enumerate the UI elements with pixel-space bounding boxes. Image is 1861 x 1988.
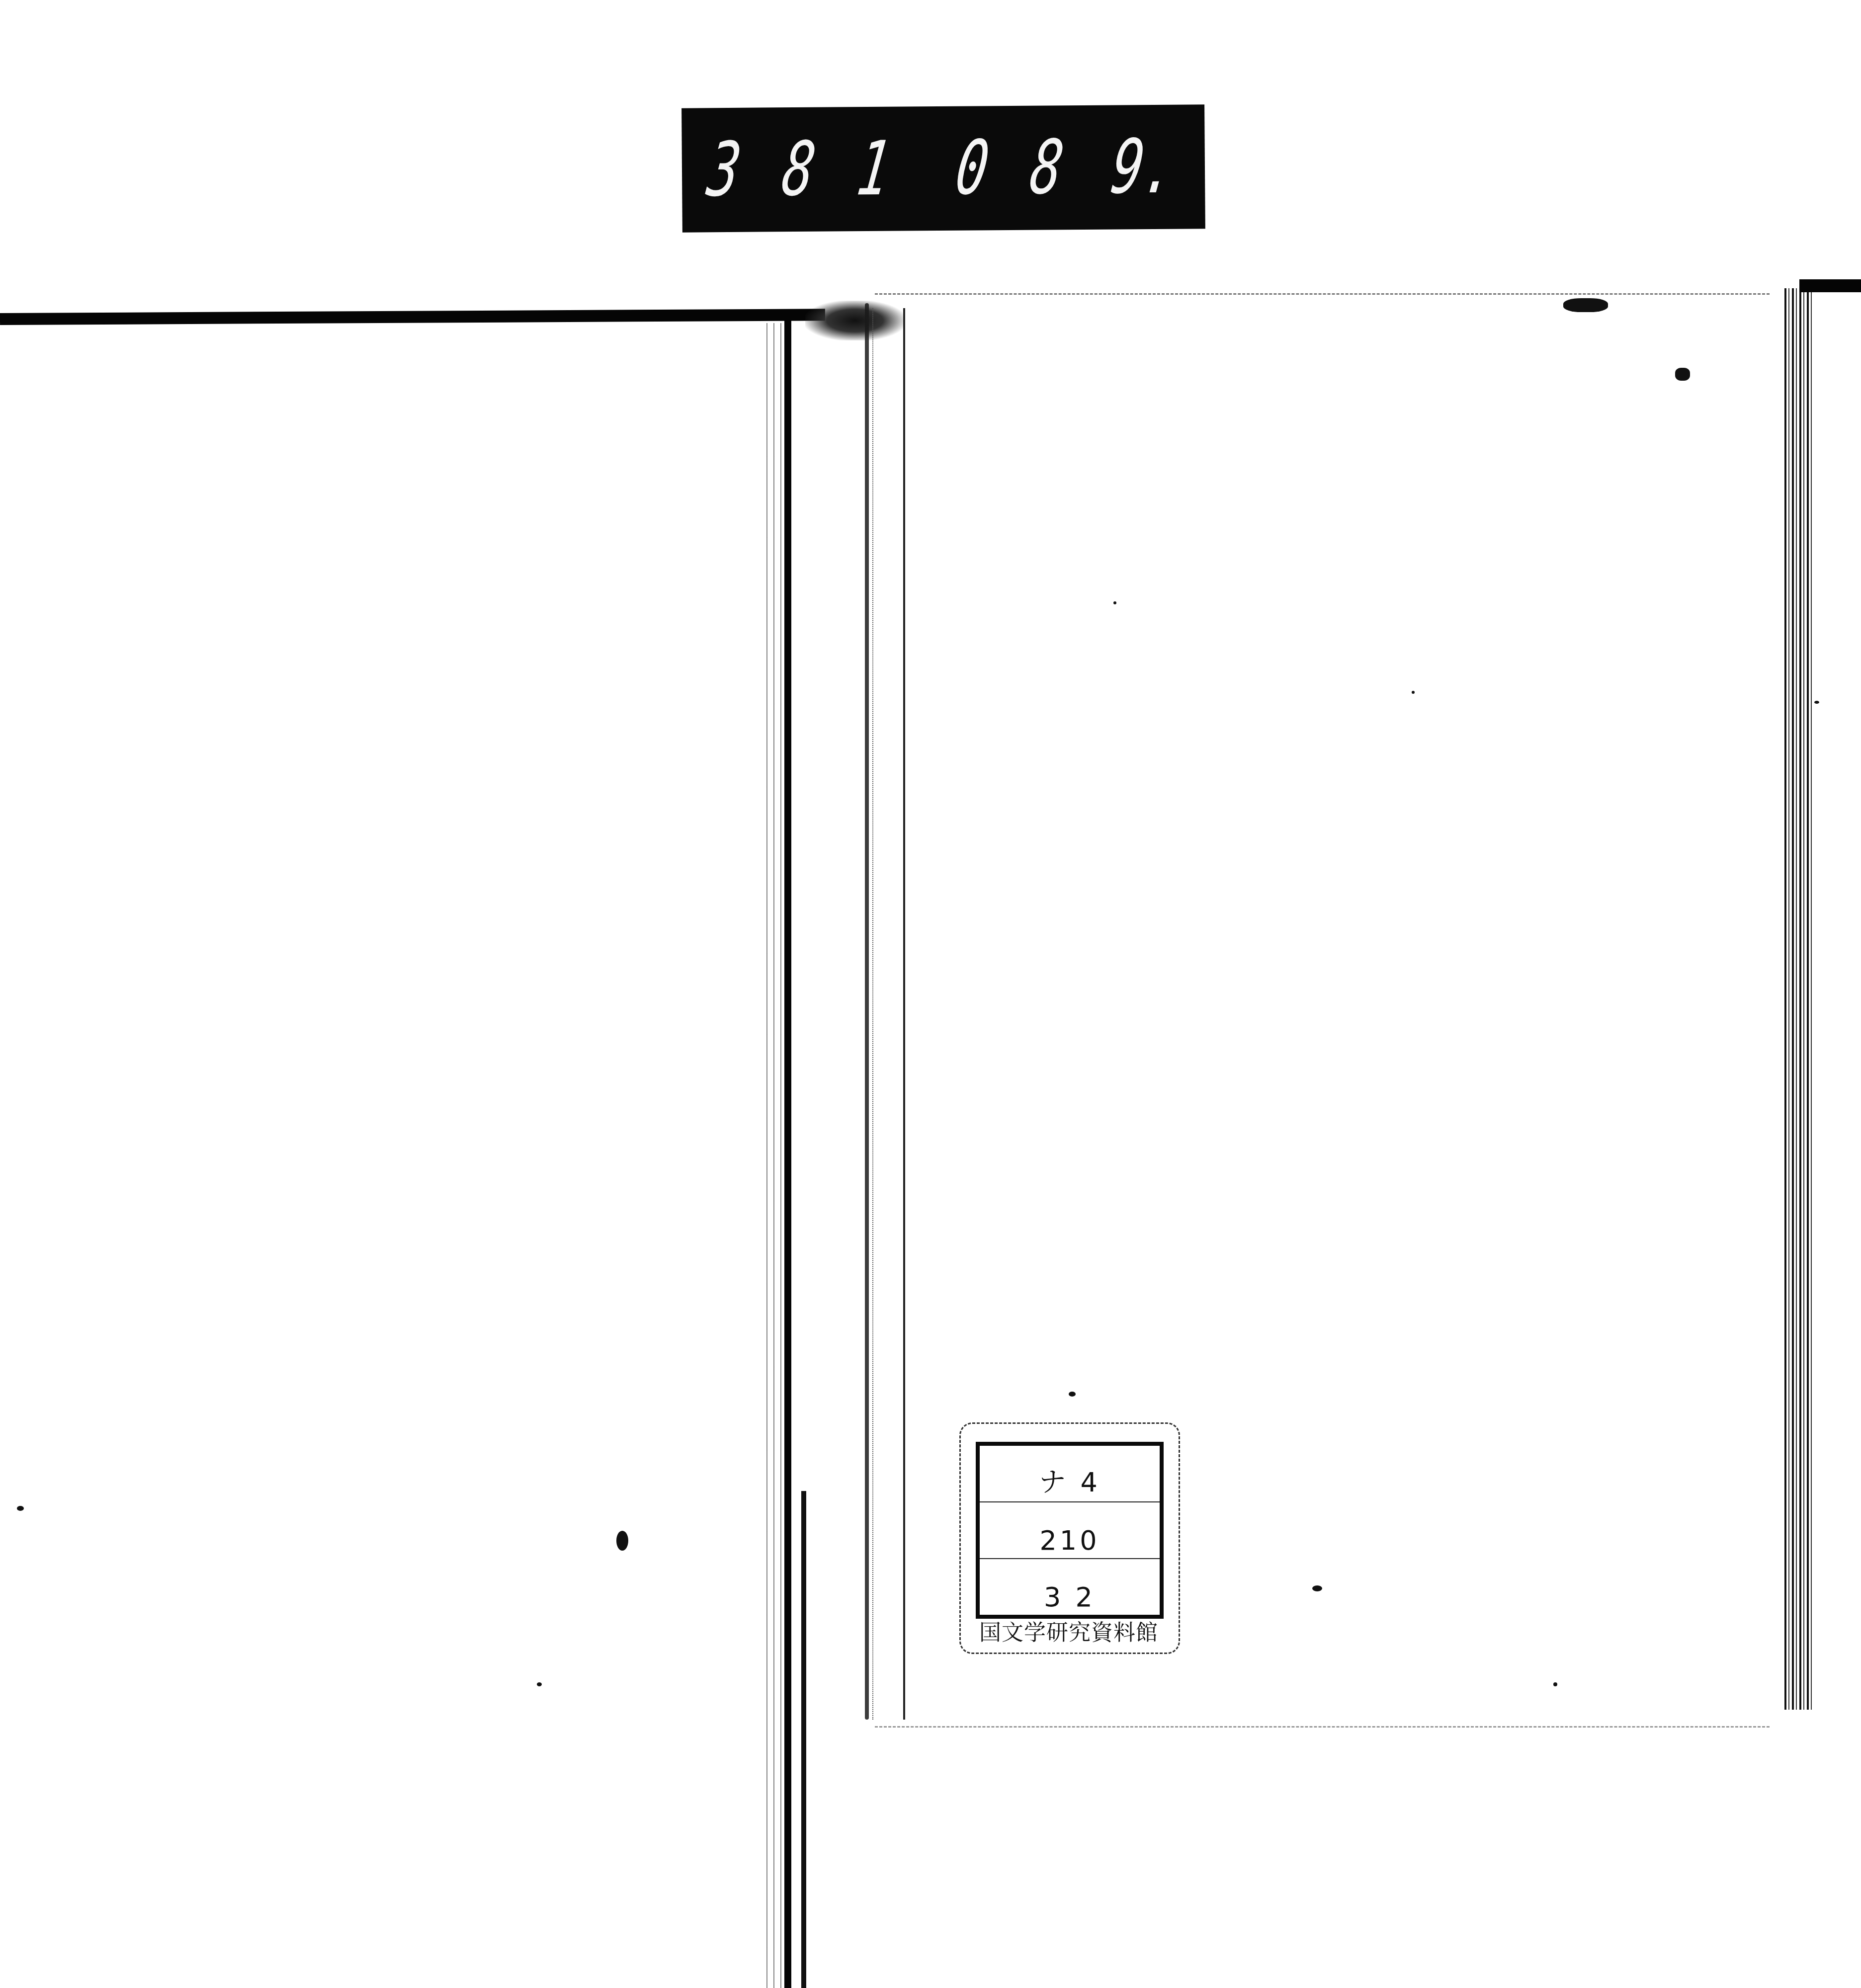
speck [1069, 1392, 1076, 1397]
speck [616, 1531, 628, 1551]
speck [1675, 368, 1690, 381]
cover-binding-edge [865, 303, 869, 1720]
counter-digit: 9. [1107, 130, 1180, 205]
left-page-gutter [763, 323, 785, 1988]
left-page-blank [0, 318, 775, 1988]
call-number-row: ナ 4 [980, 1446, 1160, 1502]
speck [1553, 1682, 1557, 1686]
frame-counter: 3 8 1 0 8 9. [681, 104, 1205, 232]
speck [537, 1682, 542, 1686]
speck [1563, 298, 1608, 312]
speck [1113, 601, 1116, 604]
cover-page-edges [1784, 288, 1814, 1710]
right-top-edge [1799, 279, 1861, 292]
book-spine-shadow [801, 1491, 806, 1988]
call-number-row: 210 [980, 1502, 1160, 1559]
institution-name: 国文学研究資料館 [976, 1615, 1162, 1647]
speck [1814, 701, 1819, 704]
cover-binding-stitch [872, 308, 905, 1720]
counter-digit: 3 [704, 133, 745, 208]
book-spine-line [784, 318, 791, 1988]
speck [17, 1506, 24, 1511]
counter-digit: 0 [951, 131, 993, 206]
call-number-box: ナ 4 210 3 2 [976, 1442, 1164, 1619]
counter-digit: 1 [853, 132, 894, 207]
counter-group-left: 3 8 1 [701, 132, 896, 208]
counter-digit: 8 [1026, 130, 1068, 205]
speck [1412, 691, 1415, 694]
call-number-row: 3 2 [980, 1559, 1160, 1615]
speck [1312, 1585, 1322, 1591]
counter-group-right: 0 8 9. [949, 130, 1189, 206]
library-call-number-label: ナ 4 210 3 2 国文学研究資料館 [959, 1422, 1180, 1654]
counter-digit: 8 [778, 132, 820, 207]
